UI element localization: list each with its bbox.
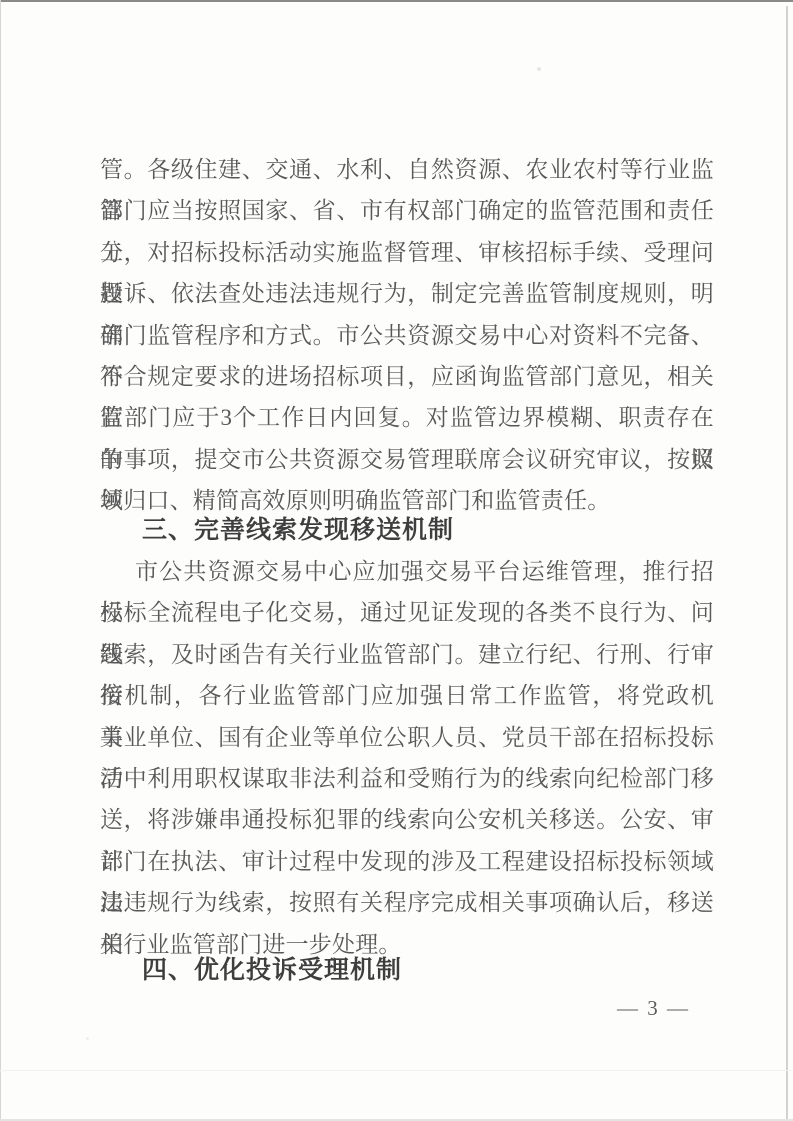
section-heading-4: 四、优化投诉受理机制 xyxy=(100,955,402,985)
text-line: 投诉、依法查处违法违规行为，制定完善监管制度规则，明确 xyxy=(100,273,714,314)
text-line: 部门监管程序和方式。市公共资源交易中心对资料不完备、不 xyxy=(100,315,714,356)
page-number: — 3 — xyxy=(585,996,720,1021)
text-line: 市公共资源交易中心应加强交易平台运维管理，推行招标 xyxy=(100,551,714,592)
text-line: 送，将涉嫌串通投标犯罪的线索向公安机关移送。公安、审计 xyxy=(100,799,714,840)
text-line: 线索，及时函告有关行业监管部门。建立行纪、行刑、行审衔 xyxy=(100,634,714,675)
scan-right-edge xyxy=(786,6,788,1121)
section-heading-3: 三、完善线索发现移送机制 xyxy=(100,515,454,545)
scan-left-edge xyxy=(0,0,1,1121)
paragraph-2: 市公共资源交易中心应加强交易平台运维管理，推行招标 投标全流程电子化交易，通过见… xyxy=(100,551,714,965)
text-line: 部门在执法、审计过程中发现的涉及工程建设招标投标领域违 xyxy=(100,841,714,882)
scanned-document-page: 管。各级住建、交通、水利、自然资源、农业农村等行业监管 部门应当按照国家、省、市… xyxy=(0,0,793,1121)
text-line: 工，对招标投标活动实施监督管理、审核招标手续、受理问题 xyxy=(100,232,714,273)
text-line: 法违规行为线索，按照有关程序完成相关事项确认后，移送相 xyxy=(100,882,714,923)
scan-fold-line xyxy=(0,1070,793,1071)
scan-speck xyxy=(537,67,541,71)
text-line: 管部门应于3个工作日内回复。对监管边界模糊、职责存在争议 xyxy=(100,397,714,438)
text-line: 符合规定要求的进场招标项目，应函询监管部门意见，相关监 xyxy=(100,356,714,397)
text-line: 的事项，提交市公共资源交易管理联席会议研究审议，按照领 xyxy=(100,439,714,480)
text-line: 接机制，各行业监管部门应加强日常工作监管，将党政机关、 xyxy=(100,675,714,716)
scan-top-edge xyxy=(0,0,793,2)
text-line: 投标全流程电子化交易，通过见证发现的各类不良行为、问题 xyxy=(100,592,714,633)
scan-speck xyxy=(86,1037,89,1040)
text-line: 事业单位、国有企业等单位公职人员、党员干部在招标投标活 xyxy=(100,717,714,758)
text-line: 部门应当按照国家、省、市有权部门确定的监管范围和责任分 xyxy=(100,190,714,231)
text-line: 管。各级住建、交通、水利、自然资源、农业农村等行业监管 xyxy=(100,149,714,190)
text-line: 动中利用职权谋取非法利益和受贿行为的线索向纪检部门移 xyxy=(100,758,714,799)
paragraph-1: 管。各级住建、交通、水利、自然资源、农业农村等行业监管 部门应当按照国家、省、市… xyxy=(100,149,714,522)
